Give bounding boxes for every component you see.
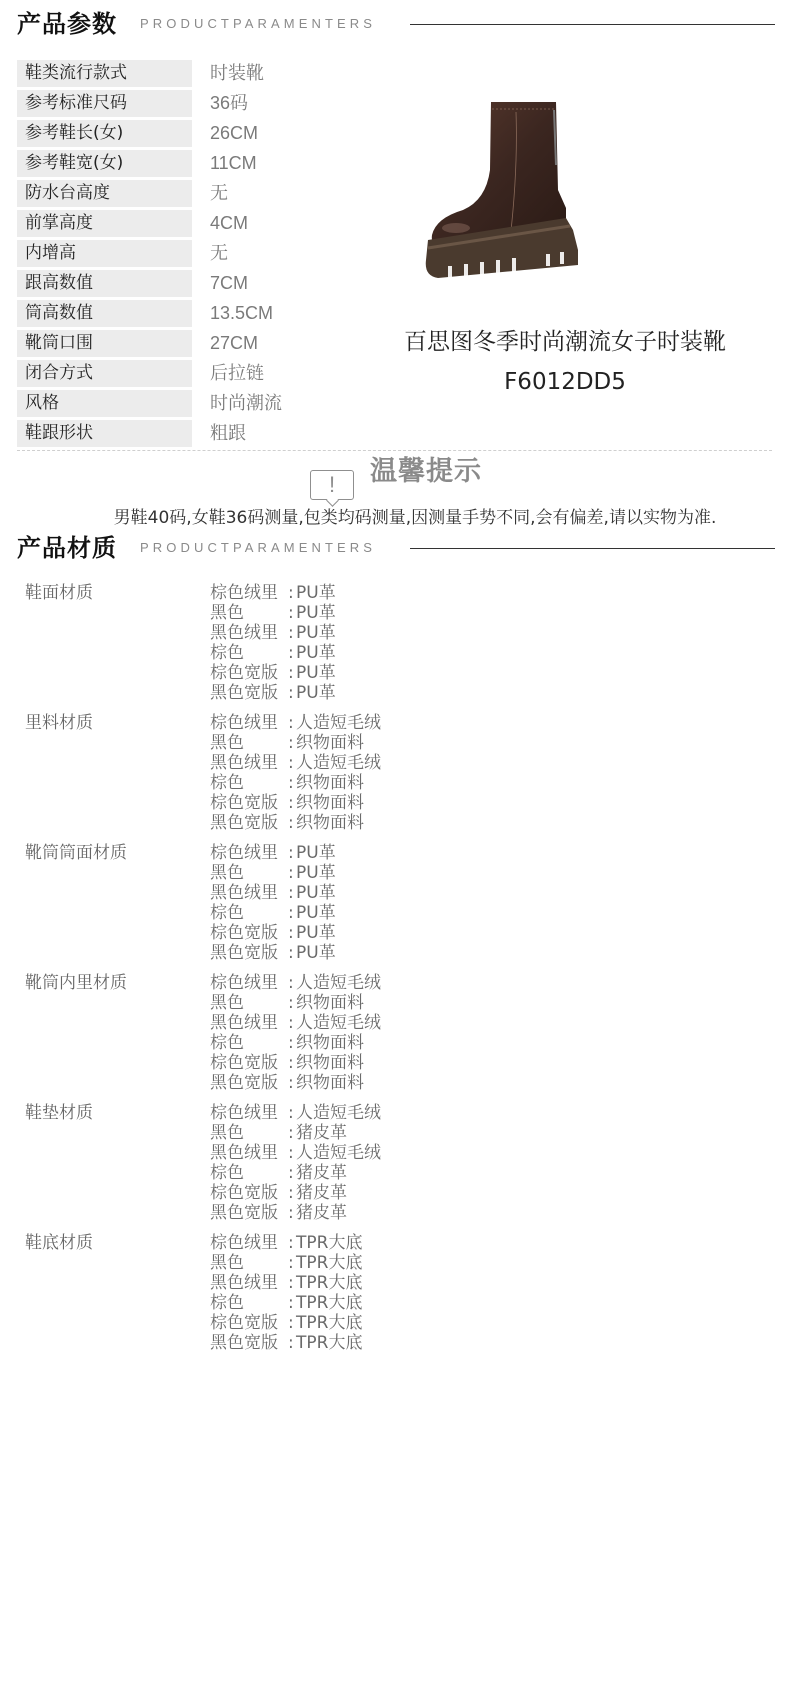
material-line: 棕色绒里:人造短毛绒 (210, 1103, 381, 1123)
material-line: 棕色绒里:PU革 (210, 583, 336, 603)
header-rule (410, 548, 775, 549)
param-value: 粗跟 (210, 420, 246, 447)
materials-section-subtitle: PRODUCTPARAMENTERS (140, 528, 376, 568)
param-row: 参考鞋宽(女)11CM (17, 150, 397, 177)
material-line: 黑色:PU革 (210, 603, 336, 623)
material-line: 黑色:织物面料 (210, 993, 381, 1013)
materials-list: 鞋面材质 棕色绒里:PU革 黑色:PU革 黑色绒里:PU革 棕色:PU革 棕色宽… (17, 583, 757, 1363)
material-line: 黑色绒里:PU革 (210, 623, 336, 643)
param-row: 参考标准尺码36码 (17, 90, 397, 117)
material-line: 棕色绒里:PU革 (210, 843, 336, 863)
material-line: 棕色:织物面料 (210, 773, 381, 793)
material-line: 棕色:猪皮革 (210, 1163, 381, 1183)
param-row: 内增高无 (17, 240, 397, 267)
material-group: 鞋面材质 棕色绒里:PU革 黑色:PU革 黑色绒里:PU革 棕色:PU革 棕色宽… (17, 583, 757, 713)
param-value: 后拉链 (210, 360, 264, 387)
param-label: 跟高数值 (17, 270, 192, 297)
material-group: 鞋底材质 棕色绒里:TPR大底 黑色:TPR大底 黑色绒里:TPR大底 棕色:T… (17, 1233, 757, 1363)
param-row: 靴筒口围27CM (17, 330, 397, 357)
param-value: 26CM (210, 120, 258, 147)
param-value: 7CM (210, 270, 248, 297)
param-value: 27CM (210, 330, 258, 357)
product-name-line1: 百思图冬季时尚潮流女子时装靴 (380, 322, 750, 362)
material-line: 黑色宽版:PU革 (210, 683, 336, 703)
material-line: 黑色宽版:织物面料 (210, 1073, 381, 1093)
param-row: 风格时尚潮流 (17, 390, 397, 417)
material-line: 棕色绒里:人造短毛绒 (210, 713, 381, 733)
materials-section-title: 产品材质 (17, 528, 117, 568)
param-label: 参考标准尺码 (17, 90, 192, 117)
material-line: 棕色绒里:人造短毛绒 (210, 973, 381, 993)
material-line: 黑色绒里:人造短毛绒 (210, 1143, 381, 1163)
param-value: 11CM (210, 150, 257, 177)
param-row: 前掌高度4CM (17, 210, 397, 237)
param-label: 参考鞋宽(女) (17, 150, 192, 177)
param-label: 风格 (17, 390, 192, 417)
material-line: 棕色:织物面料 (210, 1033, 381, 1053)
boot-illustration-icon (418, 100, 598, 290)
material-label: 靴筒筒面材质 (25, 843, 127, 863)
material-line: 黑色:织物面料 (210, 733, 381, 753)
param-value: 36码 (210, 90, 248, 117)
params-section-title: 产品参数 (17, 4, 117, 44)
material-line: 黑色宽版:猪皮革 (210, 1203, 381, 1223)
material-line: 黑色绒里:人造短毛绒 (210, 1013, 381, 1033)
material-label: 鞋垫材质 (25, 1103, 93, 1123)
param-label: 鞋跟形状 (17, 420, 192, 447)
material-line: 棕色宽版:PU革 (210, 663, 336, 683)
notice-title: 温馨提示 (370, 452, 482, 492)
param-label: 内增高 (17, 240, 192, 267)
param-label: 防水台高度 (17, 180, 192, 207)
material-group: 鞋垫材质 棕色绒里:人造短毛绒 黑色:猪皮革 黑色绒里:人造短毛绒 棕色:猪皮革… (17, 1103, 757, 1233)
material-line: 棕色宽版:猪皮革 (210, 1183, 381, 1203)
dashed-divider (17, 450, 772, 451)
param-label: 参考鞋长(女) (17, 120, 192, 147)
material-group: 里料材质 棕色绒里:人造短毛绒 黑色:织物面料 黑色绒里:人造短毛绒 棕色:织物… (17, 713, 757, 843)
param-row: 鞋类流行款式时装靴 (17, 60, 397, 87)
material-line: 黑色:TPR大底 (210, 1253, 362, 1273)
param-row: 鞋跟形状粗跟 (17, 420, 397, 447)
param-row: 筒高数值13.5CM (17, 300, 397, 327)
material-label: 鞋面材质 (25, 583, 93, 603)
param-value: 无 (210, 180, 228, 207)
param-label: 靴筒口围 (17, 330, 192, 357)
param-label: 前掌高度 (17, 210, 192, 237)
param-label: 闭合方式 (17, 360, 192, 387)
param-value: 13.5CM (210, 300, 273, 327)
params-table: 鞋类流行款式时装靴 参考标准尺码36码 参考鞋长(女)26CM 参考鞋宽(女)1… (17, 60, 397, 450)
material-label: 鞋底材质 (25, 1233, 93, 1253)
param-row: 跟高数值7CM (17, 270, 397, 297)
material-line: 棕色宽版:TPR大底 (210, 1313, 362, 1333)
material-line: 黑色:猪皮革 (210, 1123, 381, 1143)
param-value: 4CM (210, 210, 248, 237)
param-value: 时装靴 (210, 60, 264, 87)
param-row: 防水台高度无 (17, 180, 397, 207)
material-line: 黑色绒里:人造短毛绒 (210, 753, 381, 773)
material-label: 里料材质 (25, 713, 93, 733)
param-value: 无 (210, 240, 228, 267)
params-section-header: 产品参数 PRODUCTPARAMENTERS (17, 4, 775, 44)
material-line: 棕色:PU革 (210, 643, 336, 663)
product-model-code: F6012DD5 (380, 362, 750, 402)
material-group: 靴筒筒面材质 棕色绒里:PU革 黑色:PU革 黑色绒里:PU革 棕色:PU革 棕… (17, 843, 757, 973)
product-name: 百思图冬季时尚潮流女子时装靴 F6012DD5 (380, 322, 750, 402)
param-row: 闭合方式后拉链 (17, 360, 397, 387)
param-label: 筒高数值 (17, 300, 192, 327)
material-line: 棕色宽版:织物面料 (210, 1053, 381, 1073)
product-image (418, 100, 598, 290)
material-line: 黑色宽版:织物面料 (210, 813, 381, 833)
material-line: 棕色:TPR大底 (210, 1293, 362, 1313)
param-row: 参考鞋长(女)26CM (17, 120, 397, 147)
material-line: 黑色宽版:TPR大底 (210, 1333, 362, 1353)
material-line: 黑色宽版:PU革 (210, 943, 336, 963)
param-label: 鞋类流行款式 (17, 60, 192, 87)
materials-section-header: 产品材质 PRODUCTPARAMENTERS (17, 528, 775, 568)
params-section-subtitle: PRODUCTPARAMENTERS (140, 4, 376, 44)
param-value: 时尚潮流 (210, 390, 282, 417)
material-line: 黑色绒里:PU革 (210, 883, 336, 903)
material-line: 棕色:PU革 (210, 903, 336, 923)
material-line: 棕色宽版:织物面料 (210, 793, 381, 813)
speech-bubble-exclamation-icon: ! (310, 470, 354, 500)
header-rule (410, 24, 775, 25)
material-label: 靴筒内里材质 (25, 973, 127, 993)
material-line: 黑色绒里:TPR大底 (210, 1273, 362, 1293)
material-line: 黑色:PU革 (210, 863, 336, 883)
material-group: 靴筒内里材质 棕色绒里:人造短毛绒 黑色:织物面料 黑色绒里:人造短毛绒 棕色:… (17, 973, 757, 1103)
material-line: 棕色宽版:PU革 (210, 923, 336, 943)
material-line: 棕色绒里:TPR大底 (210, 1233, 362, 1253)
